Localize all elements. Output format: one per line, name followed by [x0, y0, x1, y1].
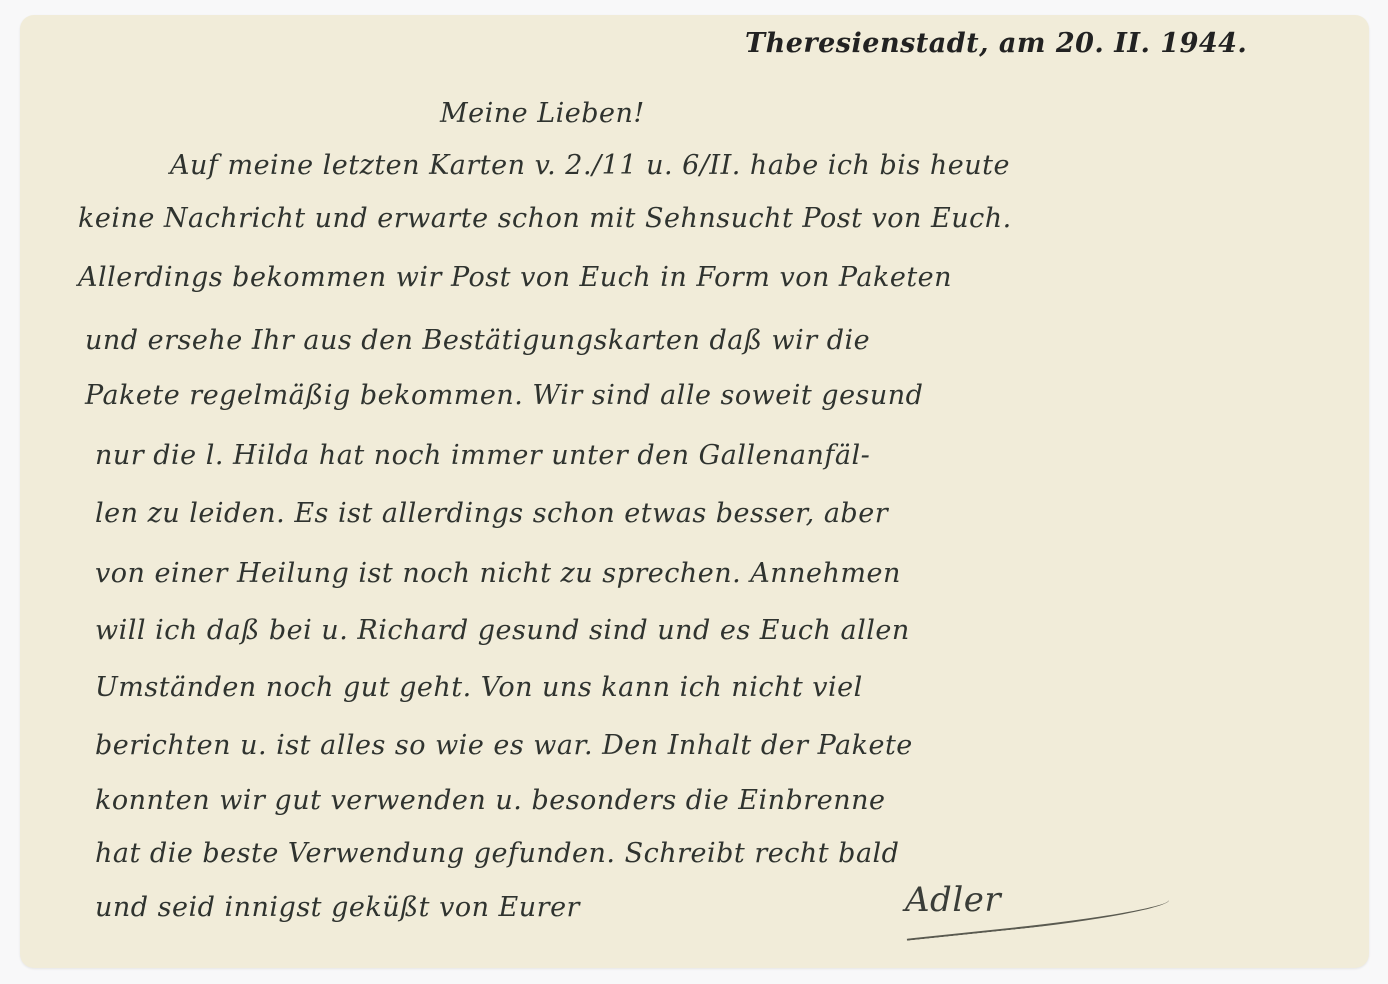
letter-line: von einer Heilung ist noch nicht zu spre…	[95, 558, 901, 589]
letter-line: hat die beste Verwendung gefunden. Schre…	[95, 838, 899, 869]
letter-line: will ich daß bei u. Richard gesund sind …	[95, 615, 910, 646]
letter-line: und ersehe Ihr aus den Bestätigungskarte…	[85, 325, 870, 356]
letter-line: nur die l. Hilda hat noch immer unter de…	[95, 440, 870, 471]
letter-line: Umständen noch gut geht. Von uns kann ic…	[95, 672, 863, 703]
letter-line: Auf meine letzten Karten v. 2./11 u. 6/I…	[170, 150, 1010, 181]
letter-line: Pakete regelmäßig bekommen. Wir sind all…	[85, 380, 923, 411]
letter-line: len zu leiden. Es ist allerdings schon e…	[95, 498, 888, 529]
salutation: Meine Lieben!	[440, 98, 645, 129]
letter-line: Allerdings bekommen wir Post von Euch in…	[78, 262, 952, 293]
letter-line: keine Nachricht und erwarte schon mit Se…	[78, 203, 1012, 234]
letter-line: und seid innigst geküßt von Eurer	[95, 892, 580, 923]
letter-line: berichten u. ist alles so wie es war. De…	[95, 730, 913, 761]
place-date: Theresienstadt, am 20. II. 1944.	[745, 28, 1247, 59]
letter-line: konnten wir gut verwenden u. besonders d…	[95, 785, 885, 816]
